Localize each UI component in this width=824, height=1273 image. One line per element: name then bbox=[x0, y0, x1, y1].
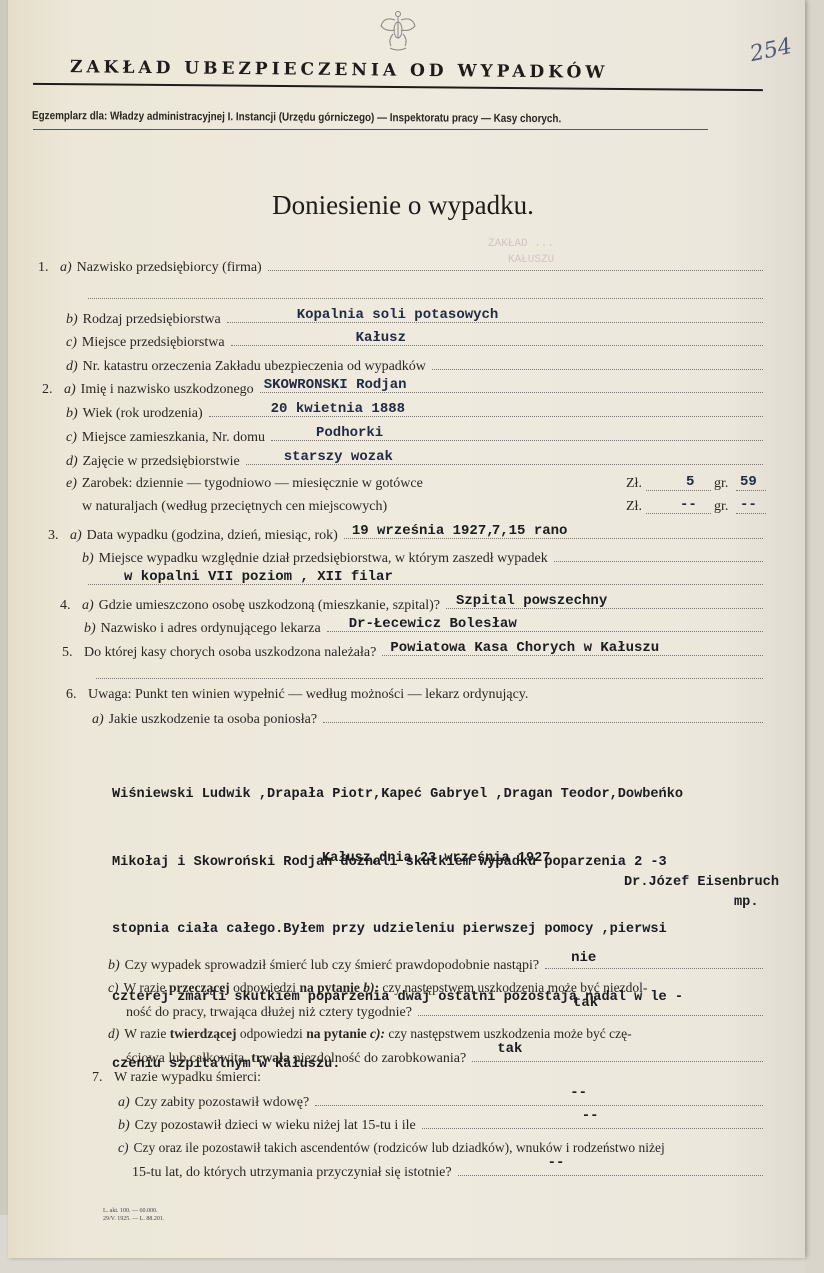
health-fund-field-line2[interactable] bbox=[96, 677, 763, 679]
field-2e-cash: e) Zarobek: dziennie — tygodniowo — mies… bbox=[66, 476, 763, 492]
subtitle-rule bbox=[33, 129, 708, 130]
field-1b: b) Rodzaj przedsiębiorstwa Kopalnia soli… bbox=[66, 310, 763, 328]
doctor-field[interactable]: Dr-Łecewicz Bolesław bbox=[327, 619, 763, 632]
health-fund-field[interactable]: Powiatowa Kasa Chorych w Kałuszu bbox=[382, 643, 763, 656]
field-2a: 2. a) Imię i nazwisko uszkodzonego SKOWR… bbox=[42, 380, 763, 398]
employer-name-field[interactable] bbox=[268, 258, 763, 271]
field-1c: c) Miejsce przedsiębiorstwa Kałusz bbox=[66, 333, 763, 351]
field-5: 5. Do której kasy chorych osoba uszkodzo… bbox=[62, 643, 763, 661]
form-page: 254 ZAKŁAD UBEZPIECZENIA OD WYPADKÓW Egz… bbox=[8, 0, 805, 1258]
document-title: Doniesienie o wypadku. bbox=[8, 190, 798, 221]
field-7c: c) Czy oraz ile pozostawił takich ascend… bbox=[118, 1140, 768, 1156]
enterprise-type-field[interactable]: Kopalnia soli potasowych bbox=[227, 310, 763, 323]
permanent-incapacity-field[interactable]: tak bbox=[472, 1049, 763, 1062]
heading-rule bbox=[33, 83, 763, 91]
section-number: 2. bbox=[42, 382, 64, 398]
field-6c-line2: ność do pracy, trwająca dłużej niż czter… bbox=[126, 1003, 763, 1021]
death-question-field[interactable]: nie bbox=[545, 956, 763, 969]
institution-heading: ZAKŁAD UBEZPIECZENIA OD WYPADKÓW bbox=[70, 57, 609, 83]
field-6a: a) Jakie uszkodzenie ta osoba poniosła? bbox=[92, 710, 763, 728]
field-1a: 1. a) Nazwisko przedsiębiorcy (firma) bbox=[38, 258, 763, 276]
placement-field[interactable]: Szpital powszechny bbox=[446, 596, 763, 609]
occupation-field[interactable]: starszy wozak bbox=[246, 452, 763, 465]
cash-zloty-field[interactable] bbox=[646, 489, 711, 491]
field-3b-line2: w kopalni VII poziom , XII filar bbox=[88, 572, 763, 585]
section-6-note: 6. Uwaga: Punkt ten winien wypełnić — we… bbox=[66, 687, 763, 703]
section-number: 7. bbox=[92, 1070, 114, 1086]
doctor-signature: Dr.Józef Eisenbruch mp. bbox=[624, 873, 779, 913]
accident-datetime-field[interactable]: 19 września 1927, 7,15 rano bbox=[344, 526, 763, 539]
section-number: 1. bbox=[38, 260, 60, 276]
field-label: Nazwisko przedsiębiorcy (firma) bbox=[77, 260, 262, 276]
section-number: 4. bbox=[60, 598, 82, 614]
field-6d: d) W razie twierdzącej odpowiedzi na pyt… bbox=[108, 1026, 763, 1042]
enterprise-location-field[interactable]: Kałusz bbox=[231, 333, 763, 346]
field-2b: b) Wiek (rok urodzenia) 20 kwietnia 1888 bbox=[66, 404, 763, 422]
field-4a: 4. a) Gdzie umieszczono osobę uszkodzoną… bbox=[60, 596, 763, 614]
section-number: 6. bbox=[66, 687, 88, 703]
widow-field[interactable]: -- bbox=[315, 1093, 763, 1106]
field-2d: d) Zajęcie w przedsiębiorstwie starszy w… bbox=[66, 452, 763, 470]
field-2e-kind: w naturaljach (według przeciętnych cen m… bbox=[82, 499, 763, 515]
employer-name-field-line2[interactable] bbox=[88, 297, 763, 299]
kind-zloty-field[interactable] bbox=[646, 512, 711, 514]
handwritten-archive-number: 254 bbox=[748, 34, 794, 67]
field-7a: a) Czy zabity pozostawił wdowę? -- bbox=[118, 1093, 763, 1111]
field-6c: c) W razie przeczącej odpowiedzi na pyta… bbox=[108, 980, 763, 996]
field-3b: b) Miejsce wypadku względnie dział przed… bbox=[82, 549, 763, 567]
incapacity-4-weeks-field[interactable]: tak bbox=[418, 1003, 763, 1016]
injured-name-field[interactable]: SKOWRONSKI Rodjan bbox=[260, 380, 763, 393]
injury-description-field[interactable] bbox=[323, 710, 763, 723]
section-number: 5. bbox=[62, 645, 84, 661]
children-field[interactable]: -- bbox=[422, 1116, 763, 1129]
field-6d-line2: ściowa lub całkowita, trwała niezdolność… bbox=[126, 1049, 763, 1067]
residence-field[interactable]: Podhorki bbox=[271, 428, 763, 441]
cadastre-number-field[interactable] bbox=[432, 357, 763, 370]
field-3a: 3. a) Data wypadku (godzina, dzień, mies… bbox=[48, 526, 763, 544]
accident-place-field[interactable] bbox=[554, 549, 763, 562]
page-edge bbox=[805, 0, 824, 1273]
accident-place-field-line2[interactable]: w kopalni VII poziom , XII filar bbox=[88, 572, 763, 585]
section-7-heading: 7. W razie wypadku śmierci: bbox=[92, 1070, 763, 1086]
dependants-field[interactable]: -- bbox=[458, 1163, 763, 1176]
copy-distribution-line: Egzemplarz dla: Władzy administracyjnej … bbox=[32, 110, 561, 125]
place-and-date: Kałusz,dnia 23 września 1927. bbox=[322, 851, 559, 866]
polish-eagle-emblem-icon bbox=[378, 8, 418, 54]
field-2c: c) Miejsce zamieszkania, Nr. domu Podhor… bbox=[66, 428, 763, 446]
field-7c-line2: 15-tu lat, do których utrzymania przyczy… bbox=[132, 1163, 763, 1181]
print-info: L. akt. 100. — 60.000. 29/V. 1925. — L. … bbox=[103, 1207, 164, 1223]
field-1d: d) Nr. katastru orzeczenia Zakładu ubezp… bbox=[66, 357, 763, 375]
field-6b: b) Czy wypadek sprowadził śmierć lub czy… bbox=[108, 956, 763, 974]
field-4b: b) Nazwisko i adres ordynującego lekarza… bbox=[84, 619, 763, 637]
birth-date-field[interactable]: 20 kwietnia 1888 bbox=[209, 404, 763, 417]
section-number: 3. bbox=[48, 528, 70, 544]
field-7b: b) Czy pozostawił dzieci w wieku niżej l… bbox=[118, 1116, 763, 1134]
